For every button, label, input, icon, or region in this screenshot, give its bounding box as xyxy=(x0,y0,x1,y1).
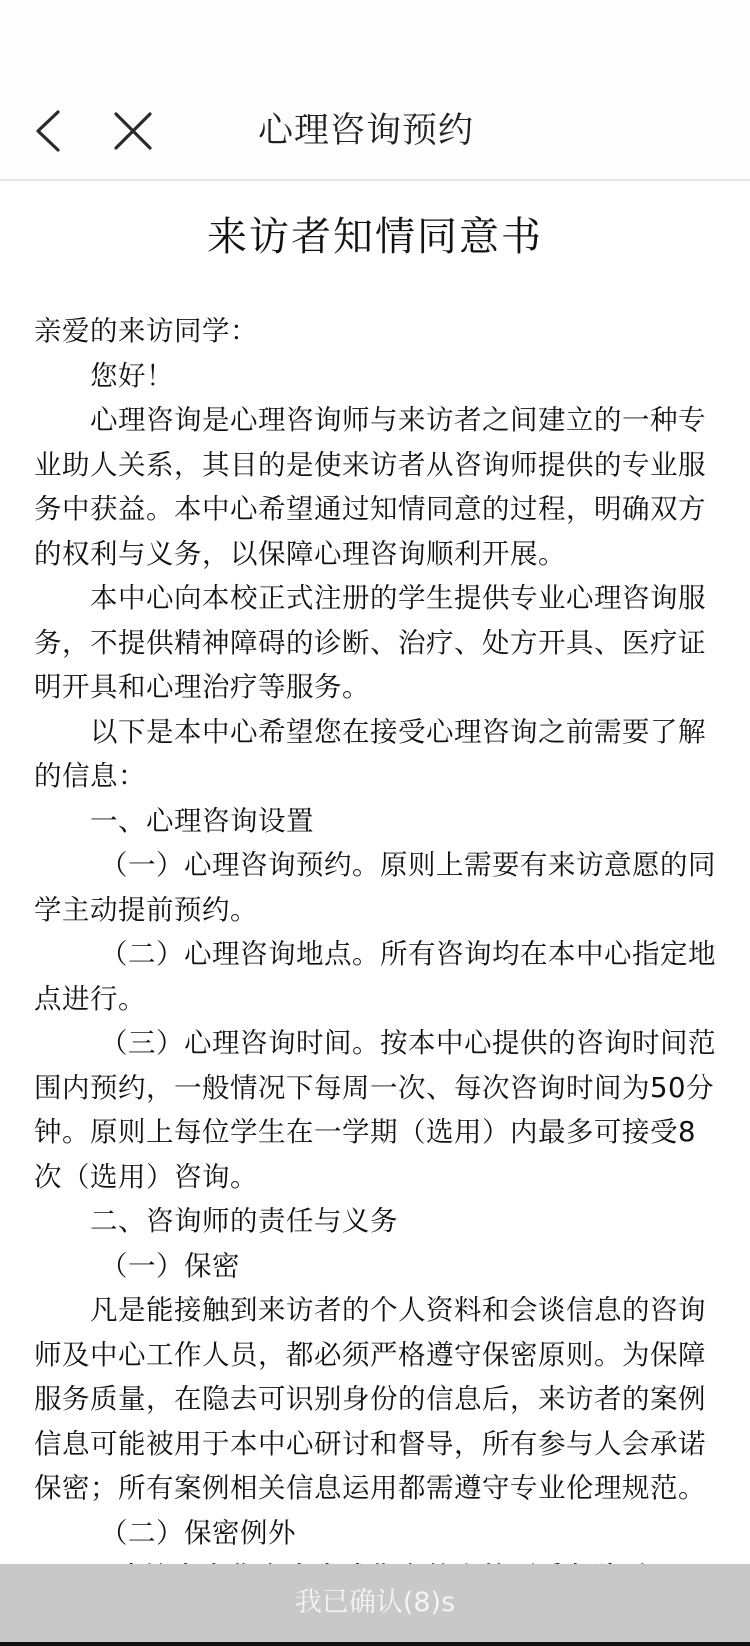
subsection-heading: （二）保密例外 xyxy=(0,1511,750,1556)
close-icon xyxy=(108,106,158,156)
bottom-edge xyxy=(0,1642,750,1646)
confidentiality-paragraph: 凡是能接触到来访者的个人资料和会谈信息的咨询师及中心工作人员，都必须严格遵守保密… xyxy=(0,1288,750,1511)
section-heading: 一、心理咨询设置 xyxy=(0,799,750,844)
chevron-left-icon xyxy=(28,106,72,156)
section-heading: 二、咨询师的责任与义务 xyxy=(0,1199,750,1244)
confirm-button[interactable]: 我已确认(8)s xyxy=(0,1564,750,1642)
consent-document[interactable]: 来访者知情同意书 亲爱的来访同学： 您好！ 心理咨询是心理咨询师与来访者之间建立… xyxy=(0,181,750,1564)
section-item: （三）心理咨询时间。按本中心提供的咨询时间范围内预约，一般情况下每周一次、每次咨… xyxy=(0,1021,750,1199)
navigation-bar: 心理咨询预约 xyxy=(0,84,750,181)
confirm-button-label: 我已确认(8)s xyxy=(295,1587,455,1618)
section-item: （一）心理咨询预约。原则上需要有来访意愿的同学主动提前预约。 xyxy=(0,843,750,932)
status-bar-area xyxy=(0,0,750,84)
close-button[interactable] xyxy=(108,106,158,156)
back-button[interactable] xyxy=(28,106,72,156)
salutation: 亲爱的来访同学： xyxy=(0,309,750,354)
partial-paragraph: 1.来访者有伤害自身或伤害他人的严重危险时 xyxy=(0,1555,750,1564)
document-title: 来访者知情同意书 xyxy=(0,209,750,265)
info-lead-paragraph: 以下是本中心希望您在接受心理咨询之前需要了解的信息： xyxy=(0,710,750,799)
intro-paragraph: 心理咨询是心理咨询师与来访者之间建立的一种专业助人关系，其目的是使来访者从咨询师… xyxy=(0,398,750,576)
section-item: （二）心理咨询地点。所有咨询均在本中心指定地点进行。 xyxy=(0,932,750,1021)
service-scope-paragraph: 本中心向本校正式注册的学生提供专业心理咨询服务，不提供精神障碍的诊断、治疗、处方… xyxy=(0,576,750,710)
greeting: 您好！ xyxy=(0,354,750,399)
subsection-heading: （一）保密 xyxy=(0,1244,750,1289)
page-title: 心理咨询预约 xyxy=(258,108,474,154)
